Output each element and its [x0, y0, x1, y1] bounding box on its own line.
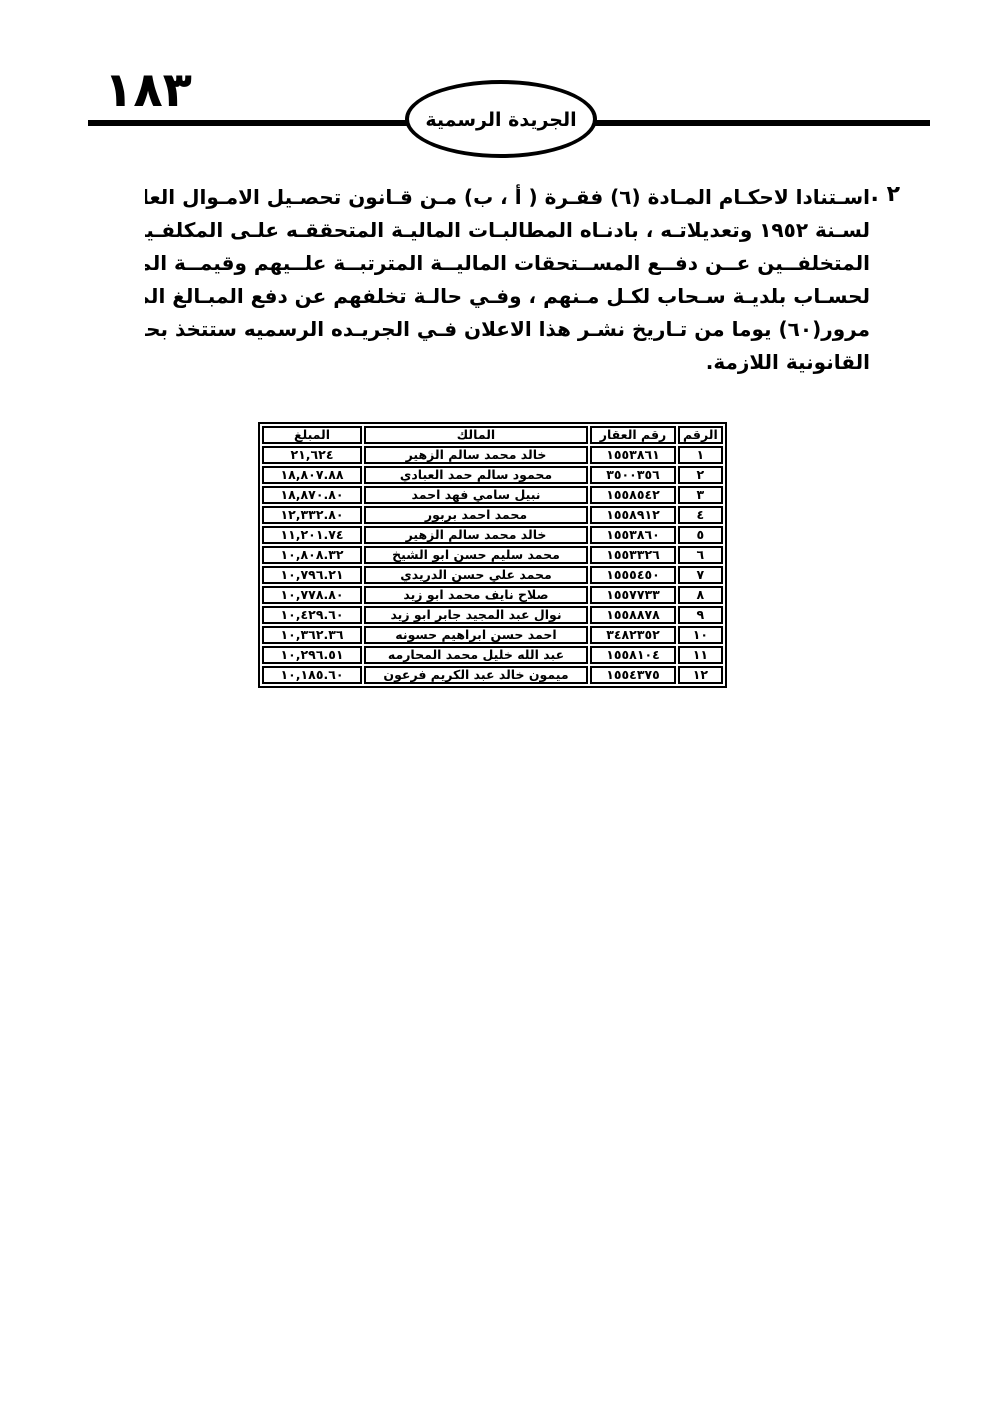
- header-amount: المبلغ: [262, 426, 362, 444]
- header-property-number: رقم العقار: [590, 426, 676, 444]
- cell-amount: ١٢,٣٣٢.٨٠: [262, 506, 362, 524]
- notice-lines: اسـتنادا لاحكـام المـادة (٦) فقـرة ( أ ،…: [145, 181, 900, 379]
- cell-number: ١١: [678, 646, 723, 664]
- notice-paragraph: ٢ . اسـتنادا لاحكـام المـادة (٦) فقـرة (…: [145, 181, 900, 379]
- cell-amount: ١٨,٨٧٠.٨٠: [262, 486, 362, 504]
- cell-property-number: ١٥٥٨٨٧٨: [590, 606, 676, 624]
- cell-owner: خالد محمد سالم الزهير: [364, 446, 588, 464]
- cell-property-number: ١٥٥٣٨٦١: [590, 446, 676, 464]
- cell-amount: ١٠,١٨٥.٦٠: [262, 666, 362, 684]
- cell-property-number: ١٥٥٨٩١٢: [590, 506, 676, 524]
- cell-owner: محمد سليم حسن ابو الشيخ: [364, 546, 588, 564]
- cell-property-number: ١٥٥٨١٠٤: [590, 646, 676, 664]
- cell-amount: ١١,٢٠١.٧٤: [262, 526, 362, 544]
- page-number: ١٨٣: [98, 62, 198, 118]
- cell-number: ٥: [678, 526, 723, 544]
- cell-owner: عبد الله خليل محمد المحارمه: [364, 646, 588, 664]
- cell-number: ٦: [678, 546, 723, 564]
- notice-item-marker: ٢ .: [871, 182, 900, 207]
- cell-number: ٨: [678, 586, 723, 604]
- notice-line: اسـتنادا لاحكـام المـادة (٦) فقـرة ( أ ،…: [145, 181, 870, 214]
- cell-property-number: ١٥٥٨٥٤٢: [590, 486, 676, 504]
- table-row: ٨١٥٥٧٧٣٣صلاح نايف محمد ابو زيد١٠,٧٧٨.٨٠: [262, 586, 723, 604]
- table-row: ٧١٥٥٥٤٥٠محمد علي حسن الدريدي١٠,٧٩٦.٢١: [262, 566, 723, 584]
- table-header-row: الرقم رقم العقار المالك المبلغ: [262, 426, 723, 444]
- cell-property-number: ١٥٥٥٤٥٠: [590, 566, 676, 584]
- cell-owner: نوال عبد المجيد جابر ابو زيد: [364, 606, 588, 624]
- table-row: ١٢١٥٥٤٣٧٥ميمون خالد عبد الكريم فرعون١٠,١…: [262, 666, 723, 684]
- masthead-title: الجريدة الرسمية: [425, 107, 576, 131]
- cell-owner: احمد حسن ابراهيم حسونه: [364, 626, 588, 644]
- cell-property-number: ١٥٥٧٧٣٣: [590, 586, 676, 604]
- table-row: ١١١٥٥٨١٠٤عبد الله خليل محمد المحارمه١٠,٢…: [262, 646, 723, 664]
- cell-owner: صلاح نايف محمد ابو زيد: [364, 586, 588, 604]
- notice-line: المتخلفــين عــن دفــع المســتحقات المال…: [145, 247, 870, 280]
- cell-number: ٧: [678, 566, 723, 584]
- cell-owner: محمد احمد بربور: [364, 506, 588, 524]
- cell-number: ٩: [678, 606, 723, 624]
- table-row: ٥١٥٥٣٨٦٠خالد محمد سالم الزهير١١,٢٠١.٧٤: [262, 526, 723, 544]
- cell-number: ١٢: [678, 666, 723, 684]
- table-row: ١٠٣٤٨٢٣٥٢احمد حسن ابراهيم حسونه١٠,٣٦٢.٣٦: [262, 626, 723, 644]
- cell-property-number: ١٥٥٣٣٢٦: [590, 546, 676, 564]
- cell-amount: ١٠,٧٧٨.٨٠: [262, 586, 362, 604]
- cell-amount: ١٠,٢٩٦.٥١: [262, 646, 362, 664]
- table-row: ٦١٥٥٣٣٢٦محمد سليم حسن ابو الشيخ١٠,٨٠٨.٣٢: [262, 546, 723, 564]
- table-row: ١١٥٥٣٨٦١خالد محمد سالم الزهير٢١,٦٢٤: [262, 446, 723, 464]
- cell-number: ١: [678, 446, 723, 464]
- header-owner: المالك: [364, 426, 588, 444]
- cell-number: ٤: [678, 506, 723, 524]
- cell-owner: محمد علي حسن الدريدي: [364, 566, 588, 584]
- notice-line: لحسـاب بلديـة سـحاب لكـل مـنهم ، وفـي حا…: [145, 280, 870, 313]
- cell-amount: ٢١,٦٢٤: [262, 446, 362, 464]
- cell-property-number: ١٥٥٤٣٧٥: [590, 666, 676, 684]
- notice-line: مرور(٦٠) يوما من تـاريخ نشـر هذا الاعلان…: [145, 313, 870, 346]
- cell-amount: ١٠,٤٢٩.٦٠: [262, 606, 362, 624]
- masthead-ellipse: الجريدة الرسمية: [405, 80, 597, 158]
- cell-number: ١٠: [678, 626, 723, 644]
- cell-amount: ١٠,٨٠٨.٣٢: [262, 546, 362, 564]
- table-row: ٢٣٥٠٠٣٥٦محمود سالم حمد العبادي١٨,٨٠٧.٨٨: [262, 466, 723, 484]
- notice-line: لسـنة ١٩٥٢ وتعديلاتـه ، بادنـاه المطالبـ…: [145, 214, 870, 247]
- cell-amount: ١٠,٧٩٦.٢١: [262, 566, 362, 584]
- cell-amount: ١٠,٣٦٢.٣٦: [262, 626, 362, 644]
- cell-property-number: ٣٥٠٠٣٥٦: [590, 466, 676, 484]
- gazette-page: ١٨٣ الجريدة الرسمية ٢ . اسـتنادا لاحكـام…: [0, 0, 1000, 1413]
- cell-owner: نبيل سامي فهد احمد: [364, 486, 588, 504]
- cell-property-number: ٣٤٨٢٣٥٢: [590, 626, 676, 644]
- notice-line: القانونية اللازمة.: [145, 346, 870, 379]
- table-body: ١١٥٥٣٨٦١خالد محمد سالم الزهير٢١,٦٢٤٢٣٥٠٠…: [262, 446, 723, 684]
- cell-number: ٣: [678, 486, 723, 504]
- cell-amount: ١٨,٨٠٧.٨٨: [262, 466, 362, 484]
- cell-number: ٢: [678, 466, 723, 484]
- cell-property-number: ١٥٥٣٨٦٠: [590, 526, 676, 544]
- cell-owner: محمود سالم حمد العبادي: [364, 466, 588, 484]
- header-number: الرقم: [678, 426, 723, 444]
- cell-owner: خالد محمد سالم الزهير: [364, 526, 588, 544]
- table-row: ٣١٥٥٨٥٤٢نبيل سامي فهد احمد١٨,٨٧٠.٨٠: [262, 486, 723, 504]
- table-row: ٩١٥٥٨٨٧٨نوال عبد المجيد جابر ابو زيد١٠,٤…: [262, 606, 723, 624]
- cell-owner: ميمون خالد عبد الكريم فرعون: [364, 666, 588, 684]
- claims-table: الرقم رقم العقار المالك المبلغ ١١٥٥٣٨٦١خ…: [258, 422, 727, 688]
- table-row: ٤١٥٥٨٩١٢محمد احمد بربور١٢,٣٣٢.٨٠: [262, 506, 723, 524]
